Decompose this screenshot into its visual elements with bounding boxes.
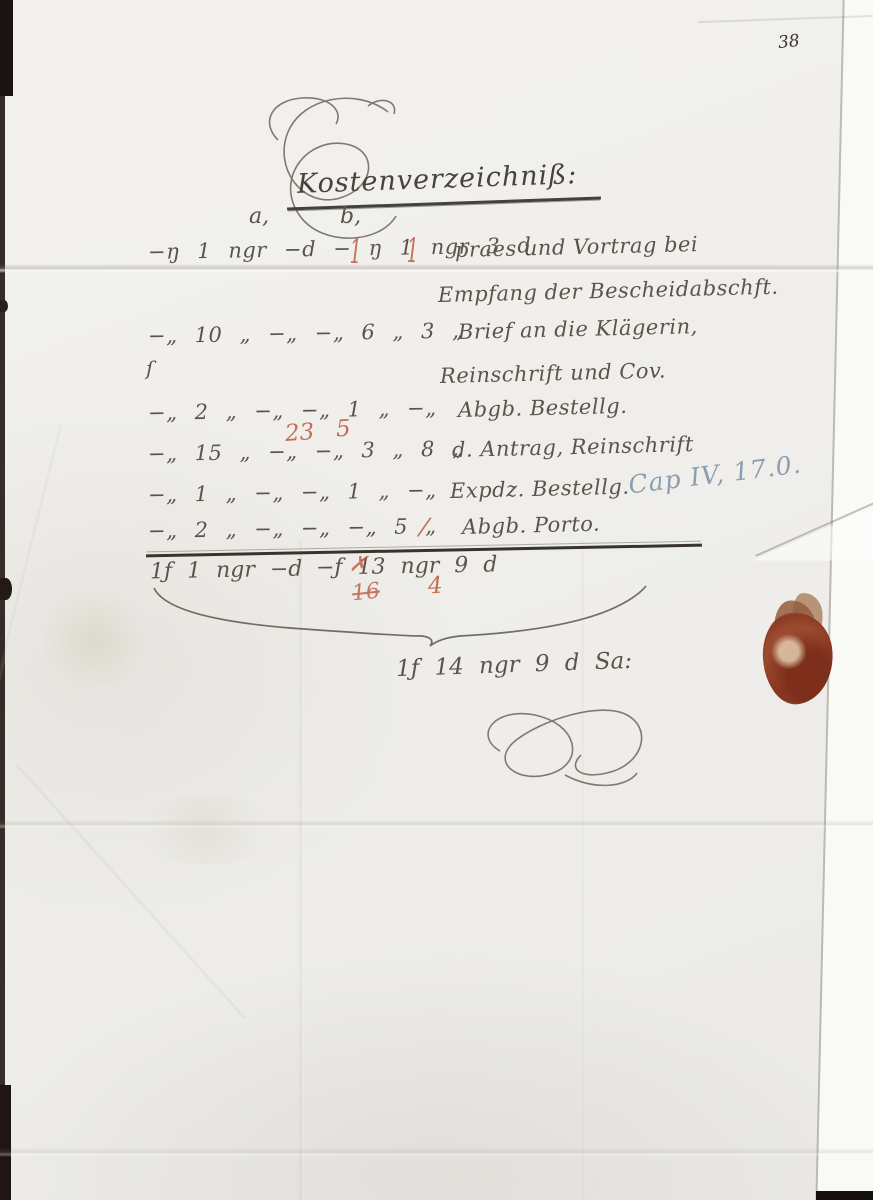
scanned-letter-page: 38 Kostenverzeichniß: a, b, −ŋ 1 ngr −d … [0, 0, 873, 1200]
column-header-b: b, [340, 204, 361, 229]
binding-edge [0, 0, 5, 1200]
red-ink-correction: 5 [335, 416, 351, 443]
paper-stain [130, 795, 280, 865]
paper-stain [38, 585, 148, 695]
cost-row-description: Expdz. Bestellg. [450, 475, 630, 503]
brace-flourish [140, 578, 660, 650]
binding-edge-top [0, 0, 13, 96]
red-ink-correction: 23 [284, 419, 315, 447]
red-ink-tick: 1 [406, 232, 418, 271]
fold-crease [0, 1148, 873, 1157]
binding-blob [0, 578, 12, 600]
red-ink-cross: ✗ [348, 551, 368, 577]
cost-row-description: Abgb. Bestellg. [458, 394, 628, 422]
sum-column-b: −ƒ 13 ngr 9 d [316, 552, 498, 580]
cost-row-amount: −„ 1 „ −„ −„ 1 „ −„ [148, 478, 437, 507]
margin-mark: ſ [146, 356, 153, 380]
red-ink-tick: 1 [349, 233, 361, 272]
scan-edge-bottom-right [816, 1191, 873, 1200]
cost-row-amount: −„ 2 „ −„ −„ −„ 5 „ [148, 514, 437, 543]
column-header-a: a, [249, 204, 269, 229]
cost-row-description: Abgb. Porto. [462, 512, 601, 539]
binding-edge-bottom [0, 1085, 11, 1200]
page-number: 38 [777, 31, 801, 53]
signature-flourish [455, 693, 675, 798]
binding-blob [0, 300, 8, 312]
